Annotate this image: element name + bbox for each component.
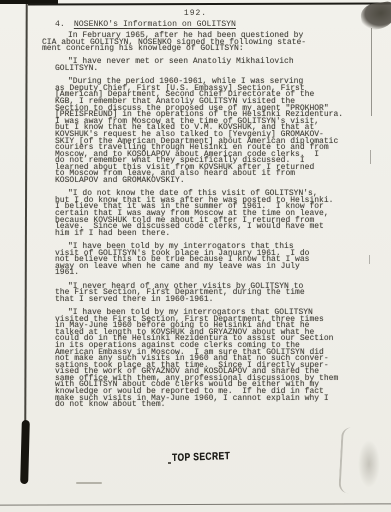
scan-smudge — [76, 482, 102, 484]
scan-stamp-speck — [168, 462, 171, 464]
statement-paragraph: "During the period 1960-1961, while I wa… — [42, 79, 364, 185]
scan-right-edge-mark — [369, 255, 370, 264]
scan-top-rule-line — [28, 3, 391, 6]
scanned-document-page: 192. 4.NOSENKO's Information on GOLITSYN… — [0, 0, 391, 512]
statement-paragraph: "I have been told by my interrogators th… — [42, 244, 364, 277]
section-heading-title: NOSENKO's Information on GOLITSYN — [74, 20, 236, 29]
scan-bottom-rule-line — [0, 503, 391, 506]
section-heading: 4.NOSENKO's Information on GOLITSYN — [55, 20, 236, 29]
scan-left-edge-line — [24, 4, 27, 424]
statement-paragraph: "I have never met or seen Anatoliy Mikha… — [42, 59, 364, 72]
statement-paragraph: "I have been told by my interrogators th… — [42, 310, 364, 409]
statement-paragraph: "I do not know the date of this visit of… — [42, 191, 364, 237]
section-heading-number: 4. — [55, 20, 65, 29]
top-secret-stamp: TOP SECRET — [172, 450, 230, 464]
document-body: In February 1965, after he had been ques… — [42, 33, 364, 409]
intro-paragraph: In February 1965, after he had been ques… — [42, 33, 364, 53]
scan-left-ink-streak — [20, 420, 30, 484]
scan-right-edge-line — [371, 28, 372, 116]
statement-paragraph: "I never heard of any other visits by GO… — [42, 284, 364, 304]
scan-smudge — [358, 440, 380, 488]
scan-right-edge-mark — [370, 150, 371, 164]
page-number: 192. — [0, 9, 391, 18]
